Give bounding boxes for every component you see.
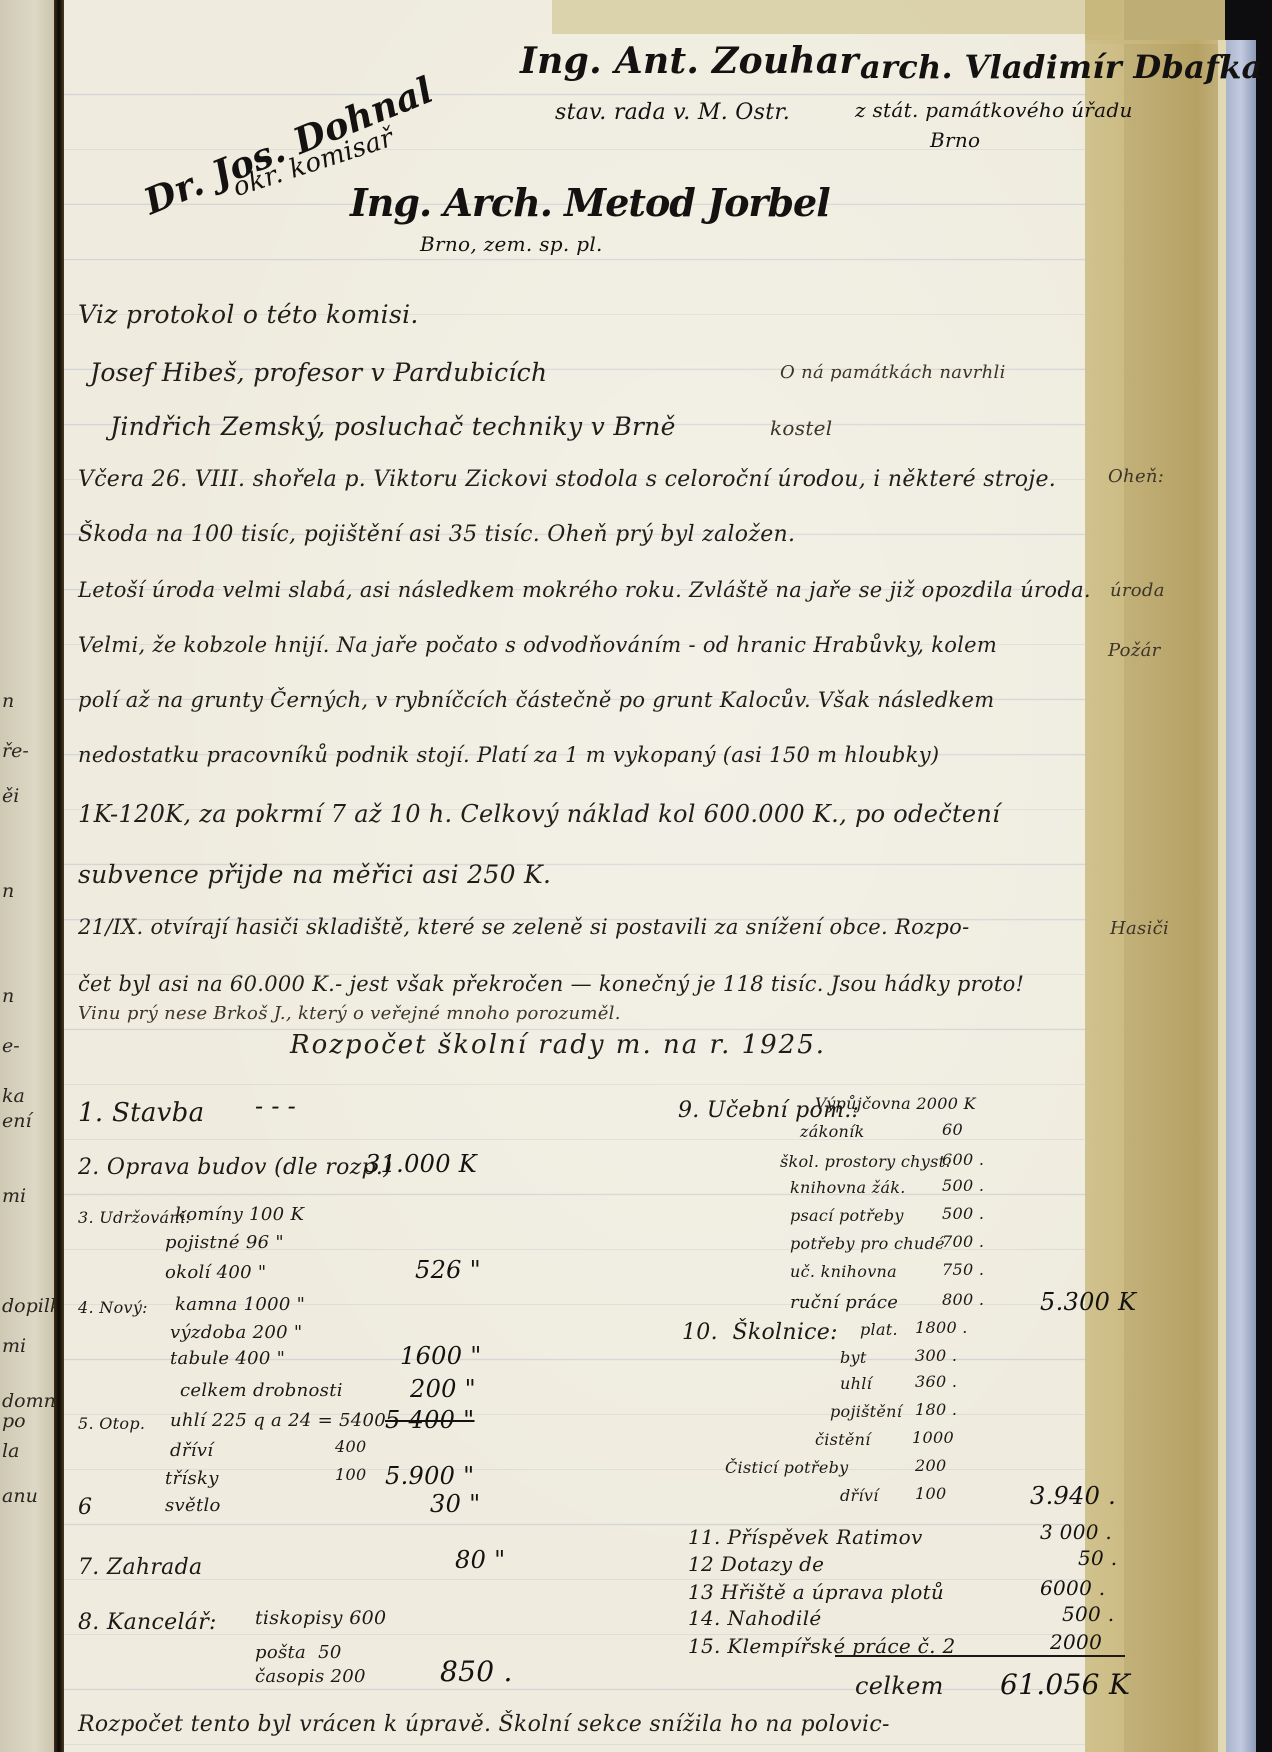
signature-jorbel-role: Brno, zem. sp. pl. — [420, 232, 603, 256]
sum-rule — [835, 1655, 1125, 1657]
text-line: Viz protokol o této komisi. — [78, 300, 419, 329]
budget-item-label: světlo — [165, 1495, 221, 1516]
budget-total: 6000 . — [1040, 1576, 1105, 1600]
budget-subitem: komíny 100 K — [175, 1204, 304, 1225]
budget-subitem-value: 500 . — [942, 1176, 984, 1195]
budget-subitem: uhlí 225 q a 24 = 5400 — [170, 1410, 386, 1431]
budget-subitem: Čisticí potřeby — [725, 1458, 848, 1477]
budget-subitem: uč. knihovna — [790, 1262, 897, 1281]
budget-total: 31.000 K — [365, 1150, 477, 1178]
margin-note: úroda — [1110, 580, 1165, 601]
budget-item: 10. Školnice: — [682, 1320, 838, 1345]
left-fragment: mi — [2, 1185, 26, 1207]
budget-subitem: pojistné 96 " — [165, 1232, 284, 1253]
budget-subitem-value: 180 . — [915, 1400, 957, 1419]
text-line: Škoda na 100 tisíc, pojištění asi 35 tis… — [78, 522, 795, 547]
budget-total: - - - — [255, 1092, 296, 1120]
left-fragment: mi — [2, 1335, 26, 1357]
budget-total: 3 000 . — [1040, 1520, 1112, 1544]
left-fragment: ře- — [2, 740, 29, 762]
budget-total: 3.940 . — [1030, 1482, 1116, 1510]
budget-total: 2000 — [1050, 1630, 1102, 1654]
budget-subitem: časopis 200 — [255, 1666, 366, 1687]
facing-page-strip: n ře- ěi n n e- ka ení mi dopilk. mi dom… — [0, 0, 58, 1752]
budget-struck-total: 5 400 " — [385, 1406, 474, 1434]
text-line-note: Vinu prý nese Brkoš J., který o veřejné … — [78, 1003, 621, 1024]
budget-subitem: dříví — [170, 1440, 213, 1461]
budget-subitem: škol. prostory chyst. — [780, 1152, 951, 1171]
margin-note: kostel — [770, 416, 833, 440]
budget-total: 850 . — [440, 1655, 513, 1688]
text-line: čet byl asi na 60.000 K.- jest však přek… — [78, 972, 1024, 996]
margin-note: Požár — [1108, 640, 1161, 661]
budget-subitem: tiskopisy 600 — [255, 1607, 386, 1629]
budget-subitem-value: 1000 — [912, 1428, 954, 1447]
budget-subitem: třísky — [165, 1468, 219, 1489]
signature-zouhar: Ing. Ant. Zouhar — [520, 40, 859, 82]
budget-subitem-value: 800 . — [942, 1290, 984, 1309]
budget-subitem-value: 500 . — [942, 1204, 984, 1223]
budget-subitem: Výpůjčovna 2000 K — [815, 1094, 976, 1113]
tape-strip-top — [552, 0, 1122, 34]
budget-item: 4. Nový: — [78, 1298, 148, 1317]
budget-subitem: dříví — [840, 1486, 879, 1505]
signature-dbafka-role: z stát. památkového úřadu — [855, 98, 1133, 122]
budget-item: celkem drobnosti — [180, 1380, 343, 1401]
budget-subitem-value: 100 — [915, 1484, 946, 1503]
text-line: subvence přijde na měřici asi 250 K. — [78, 860, 551, 889]
budget-subitem-value: 100 — [335, 1465, 366, 1484]
grand-total-label: celkem — [855, 1672, 944, 1700]
budget-subitem: byt — [840, 1348, 867, 1367]
budget-subitem: okolí 400 " — [165, 1262, 267, 1283]
budget-total: 1600 " — [400, 1342, 482, 1370]
left-fragment: anu — [2, 1485, 38, 1507]
signature-dbafka-place: Brno — [930, 128, 980, 152]
budget-subitem-value: 360 . — [915, 1372, 957, 1391]
tape-strip-corner — [1085, 0, 1225, 44]
budget-total: 526 " — [415, 1256, 481, 1284]
page-edge — [1218, 40, 1226, 1752]
budget-subitem-value: 700 . — [942, 1232, 984, 1251]
budget-item: 5. Otop. — [78, 1414, 145, 1433]
text-line: Jindřich Zemský, posluchač techniky v Br… — [110, 412, 676, 441]
left-fragment: ení — [2, 1110, 32, 1132]
text-line: Josef Hibeš, profesor v Pardubicích — [90, 358, 547, 387]
budget-subitem: pojištění — [830, 1402, 902, 1421]
budget-subitem: ruční práce — [790, 1292, 898, 1313]
budget-total: 50 . — [1078, 1546, 1117, 1570]
budget-total: 5.900 " — [385, 1462, 474, 1490]
budget-total: 500 . — [1062, 1602, 1114, 1626]
book-spine — [54, 0, 64, 1752]
budget-item: 8. Kancelář: — [78, 1610, 217, 1635]
left-fragment: ka — [2, 1085, 25, 1107]
budget-subitem: knihovna žák. — [790, 1178, 906, 1197]
margin-note: Hasiči — [1110, 918, 1169, 939]
left-fragment: n — [2, 880, 14, 902]
budget-subitem: výzdoba 200 " — [170, 1322, 302, 1343]
budget-subitem-value: 600 . — [942, 1150, 984, 1169]
budget-item: 1. Stavba — [78, 1098, 204, 1128]
budget-title: Rozpočet školní rady m. na r. 1925. — [290, 1030, 826, 1060]
budget-subitem-value: 200 — [915, 1456, 946, 1475]
budget-total: 5.300 K — [1040, 1288, 1136, 1316]
budget-subitem: potřeby pro chudé — [790, 1234, 945, 1253]
closing-line: Rozpočet tento byl vrácen k úpravě. Škol… — [78, 1712, 890, 1737]
budget-item: 6 — [78, 1495, 92, 1520]
budget-subitem-value: 1800 . — [915, 1318, 968, 1337]
signature-dbafka: arch. Vladimír Dbafka — [860, 48, 1263, 86]
budget-item: 14. Nahodilé — [688, 1606, 822, 1630]
budget-item: 12 Dotazy de — [688, 1552, 824, 1576]
budget-item: 7. Zahrada — [78, 1555, 202, 1580]
left-fragment: n — [2, 690, 14, 712]
blue-backing-edge — [1226, 40, 1256, 1752]
budget-subitem: uhlí — [840, 1374, 872, 1393]
signature-zouhar-role: stav. rada v. M. Ostr. — [555, 100, 790, 125]
budget-total: 200 " — [410, 1375, 476, 1403]
margin-note: Oheň: — [1108, 466, 1164, 487]
left-fragment: e- — [2, 1035, 20, 1057]
signature-jorbel: Ing. Arch. Metod Jorbel — [350, 180, 830, 225]
budget-subitem-value: 300 . — [915, 1346, 957, 1365]
left-fragment: domní — [2, 1390, 62, 1412]
text-line: Velmi, že kobzole hnijí. Na jaře počato … — [78, 633, 997, 657]
budget-subitem: kamna 1000 " — [175, 1294, 305, 1315]
text-line: nedostatku pracovníků podnik stojí. Plat… — [78, 743, 939, 767]
left-fragment: po — [2, 1410, 26, 1432]
text-line: Letoší úroda velmi slabá, asi následkem … — [78, 578, 1091, 602]
budget-item: 13 Hřiště a úprava plotů — [688, 1580, 944, 1604]
text-line: Včera 26. VIII. shořela p. Viktoru Zicko… — [78, 467, 1056, 492]
budget-item: 2. Oprava budov (dle rozp.) — [78, 1155, 392, 1180]
budget-subitem: pošta 50 — [255, 1642, 342, 1663]
budget-subitem-value: 400 — [335, 1437, 366, 1456]
budget-subitem: zákoník — [800, 1122, 865, 1141]
text-line: 1K-120K, za pokrmí 7 až 10 h. Celkový ná… — [78, 800, 1000, 828]
margin-note: O ná památkách navrhli — [780, 362, 1006, 383]
budget-subitem: plat. — [860, 1320, 898, 1339]
left-fragment: la — [2, 1440, 19, 1462]
budget-subitem-value: 750 . — [942, 1260, 984, 1279]
budget-total: 30 " — [430, 1490, 480, 1518]
text-line: polí až na grunty Černých, v rybníčcích … — [78, 688, 995, 712]
text-line: 21/IX. otvírají hasiči skladiště, které … — [78, 915, 969, 939]
budget-subitem-value: 60 — [942, 1120, 963, 1139]
left-fragment: n — [2, 985, 14, 1007]
budget-subitem: tabule 400 " — [170, 1348, 285, 1369]
budget-item: 11. Příspěvek Ratimov — [688, 1525, 923, 1549]
left-fragment: ěi — [2, 785, 19, 807]
grand-total: 61.056 K — [1000, 1668, 1130, 1701]
budget-subitem: čistění — [815, 1430, 871, 1449]
budget-subitem: psací potřeby — [790, 1206, 904, 1225]
budget-total: 80 " — [455, 1546, 505, 1574]
